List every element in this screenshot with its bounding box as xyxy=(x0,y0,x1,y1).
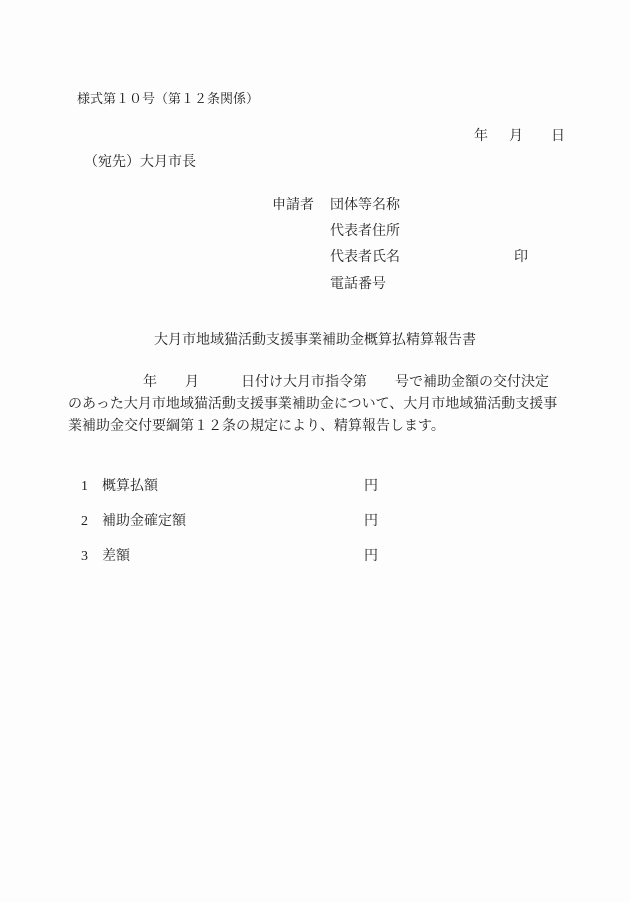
body-paragraph-line-3: 業補助金交付要綱第１２条の規定により、精算報告します。 xyxy=(68,420,445,434)
applicant-field-rep-address: 代表者住所 xyxy=(330,225,400,239)
item-label: 概算払額 xyxy=(102,480,158,494)
applicant-field-rep-name: 代表者氏名 xyxy=(330,251,400,265)
document-page: 様式第１０号（第１２条関係） 年月日 （宛先）大月市長 申請者 団体等名称 代表… xyxy=(0,0,630,903)
item-label: 差額 xyxy=(102,550,130,564)
seal-label: 印 xyxy=(514,251,528,265)
item-row-provisional-payment: 1 概算払額 円 xyxy=(0,480,630,498)
document-title: 大月市地域猫活動支援事業補助金概算払精算報告書 xyxy=(0,334,630,348)
item-label: 補助金確定額 xyxy=(102,515,186,529)
item-row-difference: 3 差額 円 xyxy=(0,550,630,568)
item-row-confirmed-amount: 2 補助金確定額 円 xyxy=(0,515,630,533)
body-paragraph-line-1: 年 月 日付け大月市指令第 号で補助金額の交付決定 xyxy=(143,376,549,390)
item-unit-yen-label: 円 xyxy=(364,550,378,564)
item-number: 3 xyxy=(81,550,88,564)
body-paragraph-line-2: のあった大月市地域猫活動支援事業補助金について、大月市地域猫活動支援事 xyxy=(68,398,557,412)
item-number: 1 xyxy=(81,480,88,494)
applicant-field-org-name: 団体等名称 xyxy=(330,199,400,213)
date-line: 年月日 xyxy=(460,116,565,158)
applicant-field-phone: 電話番号 xyxy=(330,278,386,292)
item-unit-yen-label: 円 xyxy=(364,515,378,529)
addressee: （宛先）大月市長 xyxy=(84,156,196,170)
item-number: 2 xyxy=(81,515,88,529)
date-year-label: 年 xyxy=(474,129,488,144)
date-day-label: 日 xyxy=(551,129,565,144)
applicant-label: 申請者 xyxy=(272,199,314,213)
item-unit-yen-label: 円 xyxy=(364,480,378,494)
form-number: 様式第１０号（第１２条関係） xyxy=(77,92,259,105)
date-month-label: 月 xyxy=(509,129,523,144)
